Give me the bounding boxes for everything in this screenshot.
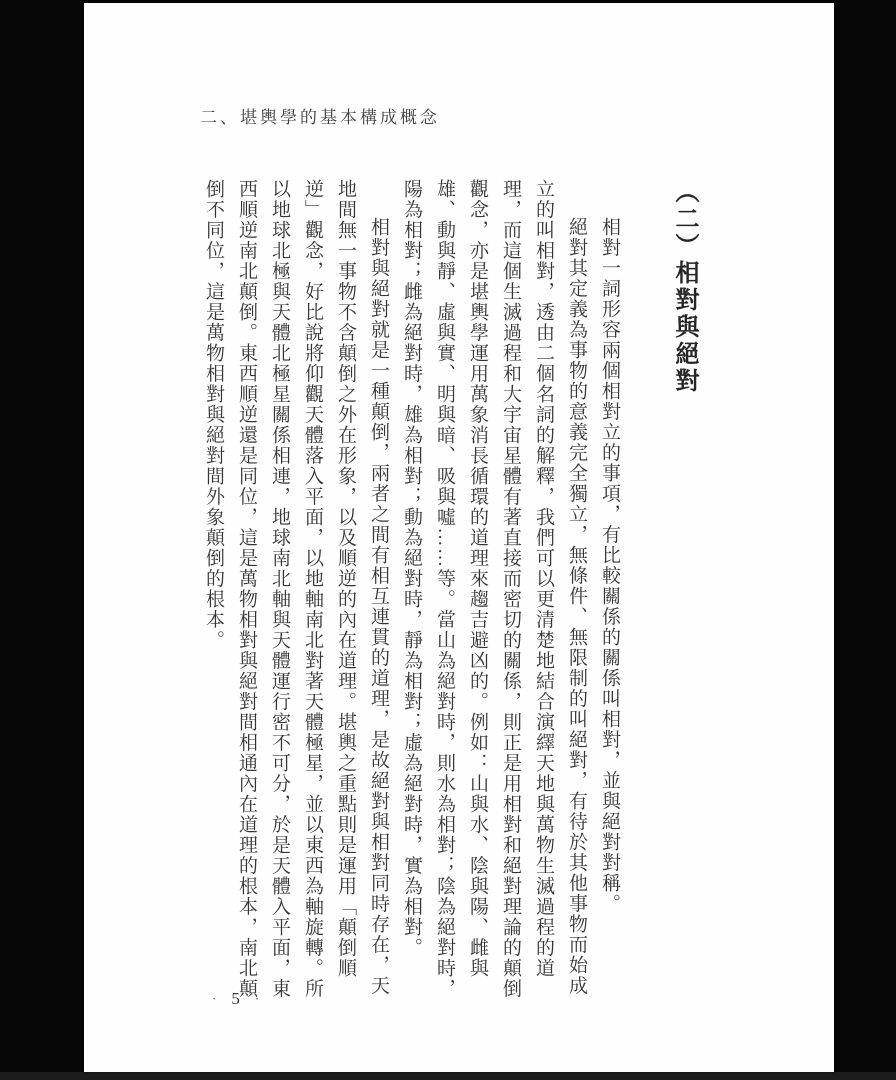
folio-dot-left: ·: [212, 991, 216, 1007]
text-body: （二）相對與絕對 相對一詞形容兩個相對立的事項，有比較關係的關係叫相對，並與絕對…: [197, 179, 704, 1001]
scan-bottom-edge: [0, 1072, 896, 1080]
paragraph-2: 絕對其定義為事物的意義完全獨立，無條件、無限制的叫絕對，有待於其他事物而始成立的…: [395, 179, 593, 1001]
folio-number: 5: [231, 989, 240, 1009]
book-page: 二、堪輿學的基本構成概念 （二）相對與絕對 相對一詞形容兩個相對立的事項，有比較…: [84, 3, 834, 1072]
paragraph-1: 相對一詞形容兩個相對立的事項，有比較關係的關係叫相對，並與絕對對稱。: [593, 179, 626, 1001]
section-title: （二）相對與絕對: [664, 179, 704, 1001]
paragraph-3: 相對與絕對就是一種顛倒，兩者之間有相互連貫的道理，是故絕對與相對同時存在，天地間…: [197, 179, 395, 1001]
running-header: 二、堪輿學的基本構成概念: [200, 103, 440, 128]
page-number: · 5 ·: [212, 989, 259, 1009]
screenshot-root: { "page": { "header": "二、堪輿學的基本構成概念", "s…: [0, 0, 896, 1080]
folio-dot-right: ·: [255, 991, 259, 1007]
